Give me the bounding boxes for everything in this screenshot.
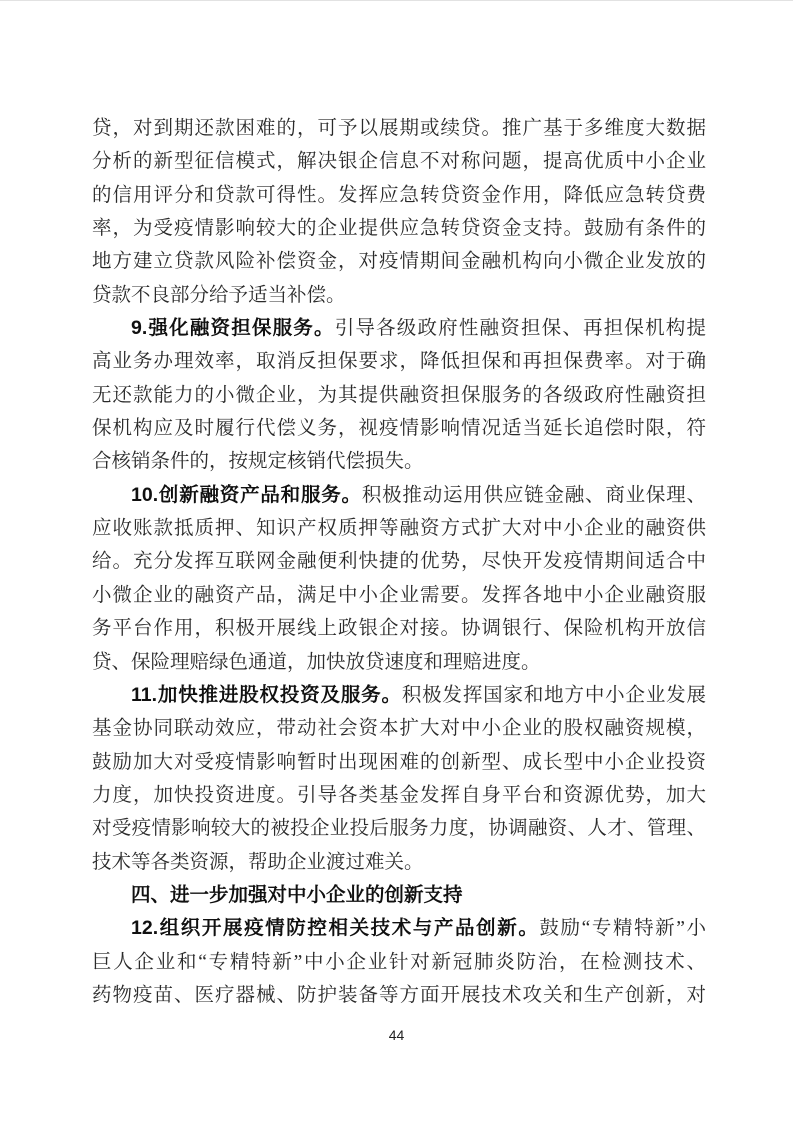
- text-line: 力度，加快投资进度。引导各类基金发挥自身平台和资源优势，加大: [92, 779, 706, 812]
- text-run: 保机构应及时履行代偿义务，视疫情影响情况适当延长追偿时限，符: [92, 418, 706, 439]
- text-line: 药物疫苗、医疗器械、防护装备等方面开展技术攻关和生产创新，对: [92, 979, 706, 1012]
- text-line: 务平台作用，积极开展线上政银企对接。协调银行、保险机构开放信: [92, 612, 706, 645]
- text-run: 鼓励加大对受疫情影响暂时出现困难的创新型、成长型中小企业投资: [92, 752, 706, 773]
- text-run: 无还款能力的小微企业，为其提供融资担保服务的各级政府性融资担: [92, 385, 706, 406]
- text-line: 12.组织开展疫情防控相关技术与产品创新。鼓励“专精特新”小: [92, 912, 706, 945]
- text-run: 合核销条件的，按规定核销代偿损失。: [92, 451, 424, 472]
- text-line: 给。充分发挥互联网金融便利快捷的优势，尽快开发疫情期间适合中: [92, 545, 706, 578]
- text-line: 9.强化融资担保服务。引导各级政府性融资担保、再担保机构提: [92, 312, 706, 345]
- text-line: 贷款不良部分给予适当补偿。: [92, 279, 706, 312]
- text-run: 基金协同联动效应，带动社会资本扩大对中小企业的股权融资规模，: [92, 718, 706, 739]
- text-run: 给。充分发挥互联网金融便利快捷的优势，尽快开发疫情期间适合中: [92, 551, 706, 572]
- text-line: 10.创新融资产品和服务。积极推动运用供应链金融、商业保理、: [92, 479, 706, 512]
- text-run: 对受疫情影响较大的被投企业投后服务力度，协调融资、人才、管理、: [92, 818, 706, 839]
- text-run: 贷，对到期还款困难的，可予以展期或续贷。推广基于多维度大数据: [92, 118, 706, 139]
- text-line: 巨人企业和“专精特新”中小企业针对新冠肺炎防治，在检测技术、: [92, 946, 706, 979]
- text-run: 巨人企业和“专精特新”中小企业针对新冠肺炎防治，在检测技术、: [92, 952, 706, 973]
- text-line: 地方建立贷款风险补偿资金，对疫情期间金融机构向小微企业发放的: [92, 245, 706, 278]
- document-body: 贷，对到期还款困难的，可予以展期或续贷。推广基于多维度大数据分析的新型征信模式，…: [92, 112, 706, 1012]
- text-run: 应收账款抵质押、知识产权质押等融资方式扩大对中小企业的融资供: [92, 518, 706, 539]
- bold-run: 11.加快推进股权投资及服务。: [131, 684, 402, 706]
- text-run: 引导各级政府性融资担保、再担保机构提: [335, 318, 706, 339]
- text-run: 技术等各类资源，帮助企业渡过难关。: [92, 852, 424, 873]
- text-run: 积极发挥国家和地方中小企业发展: [402, 685, 706, 706]
- bold-run: 12.组织开展疫情防控相关技术与产品创新。: [131, 917, 539, 939]
- text-run: 分析的新型征信模式，解决银企信息不对称问题，提高优质中小企业: [92, 151, 706, 172]
- text-line: 保机构应及时履行代偿义务，视疫情影响情况适当延长追偿时限，符: [92, 412, 706, 445]
- text-line: 鼓励加大对受疫情影响暂时出现困难的创新型、成长型中小企业投资: [92, 746, 706, 779]
- bold-run: 9.强化融资担保服务。: [131, 317, 335, 339]
- document-page: 贷，对到期还款困难的，可予以展期或续贷。推广基于多维度大数据分析的新型征信模式，…: [0, 0, 793, 1121]
- text-line: 11.加快推进股权投资及服务。积极发挥国家和地方中小企业发展: [92, 679, 706, 712]
- text-run: 药物疫苗、医疗器械、防护装备等方面开展技术攻关和生产创新，对: [92, 985, 706, 1006]
- text-line: 的信用评分和贷款可得性。发挥应急转贷资金作用，降低应急转贷费: [92, 179, 706, 212]
- text-line: 分析的新型征信模式，解决银企信息不对称问题，提高优质中小企业: [92, 145, 706, 178]
- text-line: 对受疫情影响较大的被投企业投后服务力度，协调融资、人才、管理、: [92, 812, 706, 845]
- text-run: 小微企业的融资产品，满足中小企业需要。发挥各地中小企业融资服: [92, 585, 706, 606]
- page-number: 44: [0, 1027, 793, 1043]
- text-run: 地方建立贷款风险补偿资金，对疫情期间金融机构向小微企业发放的: [92, 251, 706, 272]
- text-run: 高业务办理效率，取消反担保要求，降低担保和再担保费率。对于确: [92, 351, 706, 372]
- text-line: 贷、保险理赔绿色通道，加快放贷速度和理赔进度。: [92, 646, 706, 679]
- text-run: 贷款不良部分给予适当补偿。: [92, 285, 346, 306]
- text-line: 率，为受疫情影响较大的企业提供应急转贷资金支持。鼓励有条件的: [92, 212, 706, 245]
- text-line: 贷，对到期还款困难的，可予以展期或续贷。推广基于多维度大数据: [92, 112, 706, 145]
- text-line: 合核销条件的，按规定核销代偿损失。: [92, 445, 706, 478]
- text-run: 力度，加快投资进度。引导各类基金发挥自身平台和资源优势，加大: [92, 785, 706, 806]
- text-run: 率，为受疫情影响较大的企业提供应急转贷资金支持。鼓励有条件的: [92, 218, 706, 239]
- text-line: 无还款能力的小微企业，为其提供融资担保服务的各级政府性融资担: [92, 379, 706, 412]
- text-line: 应收账款抵质押、知识产权质押等融资方式扩大对中小企业的融资供: [92, 512, 706, 545]
- text-run: 务平台作用，积极开展线上政银企对接。协调银行、保险机构开放信: [92, 618, 706, 639]
- text-run: 积极推动运用供应链金融、商业保理、: [362, 485, 706, 506]
- text-line: 小微企业的融资产品，满足中小企业需要。发挥各地中小企业融资服: [92, 579, 706, 612]
- text-run: 鼓励“专精特新”小: [539, 918, 706, 939]
- text-run: 的信用评分和贷款可得性。发挥应急转贷资金作用，降低应急转贷费: [92, 185, 706, 206]
- text-line: 高业务办理效率，取消反担保要求，降低担保和再担保费率。对于确: [92, 345, 706, 378]
- bold-run: 10.创新融资产品和服务。: [131, 484, 362, 506]
- text-line: 技术等各类资源，帮助企业渡过难关。: [92, 846, 706, 879]
- text-run: 贷、保险理赔绿色通道，加快放贷速度和理赔进度。: [92, 652, 541, 673]
- section-heading-line: 四、进一步加强对中小企业的创新支持: [92, 879, 706, 912]
- text-line: 基金协同联动效应，带动社会资本扩大对中小企业的股权融资规模，: [92, 712, 706, 745]
- bold-run: 四、进一步加强对中小企业的创新支持: [131, 884, 463, 906]
